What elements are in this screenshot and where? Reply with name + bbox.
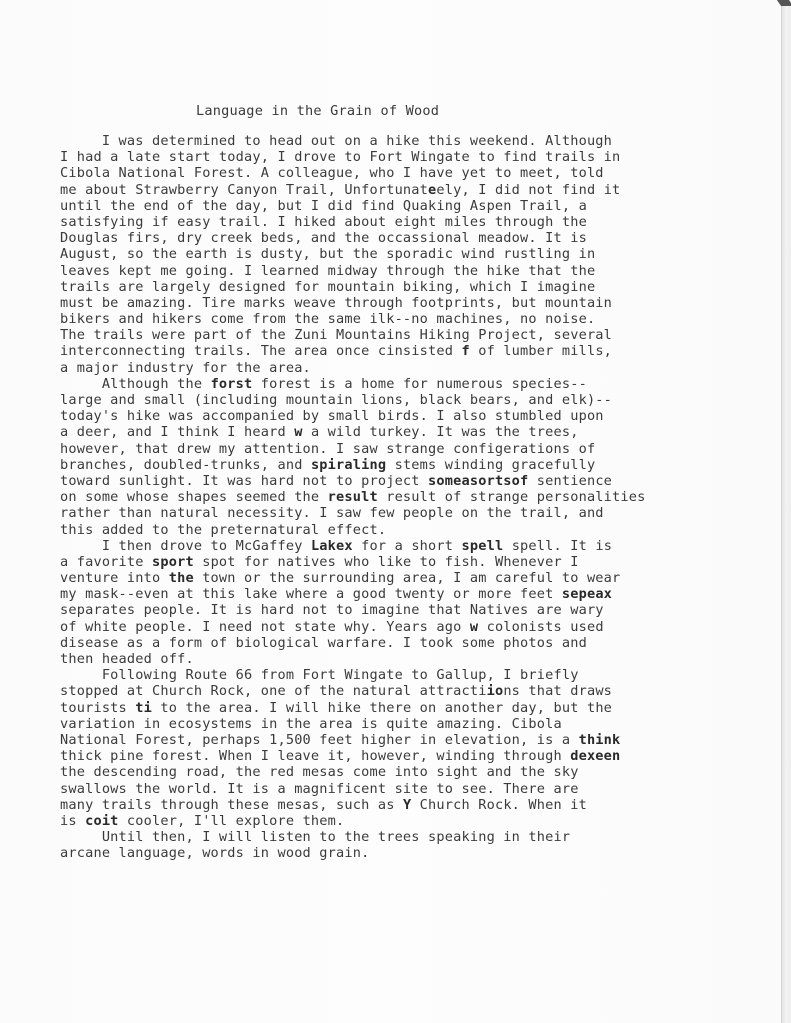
- text-line: I had a late start today, I drove to For…: [60, 149, 760, 165]
- line-text: rather than natural necessity. I saw few…: [60, 505, 604, 521]
- line-text: is: [60, 813, 85, 829]
- strikeover-text: f: [461, 343, 469, 359]
- line-text: variation in ecosystems in the area is q…: [60, 716, 562, 732]
- strikeover-text: dexeen: [570, 748, 620, 764]
- text-line: tourists ti to the area. I will hike the…: [60, 700, 760, 716]
- document-title: Language in the Grain of Wood: [196, 103, 439, 119]
- text-line: I then drove to McGaffey Lakex for a sho…: [60, 538, 760, 554]
- text-line: Although the forst forest is a home for …: [60, 376, 760, 392]
- line-text: however, that drew my attention. I saw s…: [60, 441, 595, 457]
- line-text: sentience: [528, 473, 612, 489]
- text-line: the descending road, the red mesas come …: [60, 764, 760, 780]
- text-line: variation in ecosystems in the area is q…: [60, 716, 760, 732]
- text-line: I was determined to head out on a hike t…: [60, 133, 760, 149]
- text-line: on some whose shapes seemed the result r…: [60, 489, 760, 505]
- strikeover-text: spell: [462, 538, 504, 554]
- line-text: bikers and hikers come from the same ilk…: [60, 311, 595, 327]
- line-text: of lumber mills,: [470, 343, 612, 359]
- text-line: branches, doubled-trunks, and spiraling …: [60, 457, 760, 473]
- line-text: Cibola National Forest. A colleague, who…: [60, 165, 604, 181]
- strikeover-text: forst: [211, 376, 253, 392]
- line-text: stopped at Church Rock, one of the natur…: [60, 683, 487, 699]
- text-line: arcane language, words in wood grain.: [60, 845, 760, 861]
- text-line: thick pine forest. When I leave it, howe…: [60, 748, 760, 764]
- line-text: a deer, and I think I heard: [60, 424, 294, 440]
- line-text: venture into: [60, 570, 169, 586]
- line-text: a wild turkey. It was the trees,: [303, 424, 579, 440]
- line-text: branches, doubled-trunks, and: [60, 457, 311, 473]
- line-text: The trails were part of the Zuni Mountai…: [60, 327, 612, 343]
- line-text: I had a late start today, I drove to For…: [60, 149, 620, 165]
- line-text: I then drove to McGaffey: [60, 538, 311, 554]
- line-text: separates people. It is hard not to imag…: [60, 602, 604, 618]
- text-line: venture into the town or the surrounding…: [60, 570, 760, 586]
- text-line: disease as a form of biological warfare.…: [60, 635, 760, 651]
- strikeover-text: Lakex: [311, 538, 353, 554]
- line-text: swallows the world. It is a magnificent …: [60, 781, 579, 797]
- text-line: however, that drew my attention. I saw s…: [60, 441, 760, 457]
- text-line: separates people. It is hard not to imag…: [60, 602, 760, 618]
- line-text: spot for natives who like to fish. Whene…: [194, 554, 579, 570]
- text-line: a favorite sport spot for natives who li…: [60, 554, 760, 570]
- strikeover-text: w: [470, 619, 478, 635]
- line-text: Following Route 66 from Fort Wingate to …: [60, 667, 579, 683]
- text-line: many trails through these mesas, such as…: [60, 797, 760, 813]
- line-text: must be amazing. Tire marks weave throug…: [60, 295, 612, 311]
- text-line: rather than natural necessity. I saw few…: [60, 505, 760, 521]
- text-line: toward sunlight. It was hard not to proj…: [60, 473, 760, 489]
- line-text: leaves kept me going. I learned midway t…: [60, 263, 595, 279]
- line-text: then headed off.: [60, 651, 194, 667]
- line-text: me about Strawberry Canyon Trail, Unfort…: [60, 182, 428, 198]
- text-line: a deer, and I think I heard w a wild tur…: [60, 424, 760, 440]
- line-text: until the end of the day, but I did find…: [60, 198, 587, 214]
- text-line: of white people. I need not state why. Y…: [60, 619, 760, 635]
- line-text: many trails through these mesas, such as: [60, 797, 403, 813]
- text-line: swallows the world. It is a magnificent …: [60, 781, 760, 797]
- text-line: Cibola National Forest. A colleague, who…: [60, 165, 760, 181]
- line-text: National Forest, perhaps 1,500 feet high…: [60, 732, 579, 748]
- line-text: spell. It is: [503, 538, 612, 554]
- line-text: I was determined to head out on a hike t…: [60, 133, 612, 149]
- text-line: Until then, I will listen to the trees s…: [60, 829, 760, 845]
- line-text: ely, I did not find it: [436, 182, 620, 198]
- text-line: must be amazing. Tire marks weave throug…: [60, 295, 760, 311]
- strikeover-text: result: [328, 489, 378, 505]
- line-text: cooler, I'll explore them.: [119, 813, 345, 829]
- line-text: stems winding gracefully: [386, 457, 595, 473]
- line-text: August, so the earth is dusty, but the s…: [60, 246, 595, 262]
- text-line: is coit cooler, I'll explore them.: [60, 813, 760, 829]
- line-text: trails are largely designed for mountain…: [60, 279, 595, 295]
- strikeover-text: ti: [135, 700, 152, 716]
- text-line: a major industry for the area.: [60, 360, 760, 376]
- line-text: the descending road, the red mesas come …: [60, 764, 579, 780]
- line-text: thick pine forest. When I leave it, howe…: [60, 748, 570, 764]
- line-text: Until then, I will listen to the trees s…: [60, 829, 570, 845]
- line-text: toward sunlight. It was hard not to proj…: [60, 473, 428, 489]
- typewritten-page: Language in the Grain of Wood I was dete…: [0, 0, 781, 1023]
- text-line: August, so the earth is dusty, but the s…: [60, 246, 760, 262]
- line-text: today's hike was accompanied by small bi…: [60, 408, 604, 424]
- line-text: satisfying if easy trail. I hiked about …: [60, 214, 587, 230]
- line-text: Although the: [60, 376, 211, 392]
- page-edge-shadow: [781, 0, 791, 1023]
- line-text: a favorite: [60, 554, 152, 570]
- line-text: a major industry for the area.: [60, 360, 311, 376]
- line-text: for a short: [353, 538, 462, 554]
- text-line: Following Route 66 from Fort Wingate to …: [60, 667, 760, 683]
- text-line: then headed off.: [60, 651, 760, 667]
- line-text: forest is a home for numerous species--: [252, 376, 587, 392]
- line-text: arcane language, words in wood grain.: [60, 845, 369, 861]
- strikeover-text: the: [169, 570, 194, 586]
- line-text: colonists used: [478, 619, 603, 635]
- line-text: ns that draws: [503, 683, 612, 699]
- strikeover-text: spiraling: [311, 457, 386, 473]
- strikeover-text: think: [579, 732, 621, 748]
- text-line: stopped at Church Rock, one of the natur…: [60, 683, 760, 699]
- text-line: The trails were part of the Zuni Mountai…: [60, 327, 760, 343]
- line-text: this added to the preternatural effect.: [60, 522, 386, 538]
- text-line: bikers and hikers come from the same ilk…: [60, 311, 760, 327]
- line-text: tourists: [60, 700, 135, 716]
- text-line: National Forest, perhaps 1,500 feet high…: [60, 732, 760, 748]
- text-line: interconnecting trails. The area once ci…: [60, 343, 760, 359]
- strikeover-text: coit: [85, 813, 118, 829]
- text-line: trails are largely designed for mountain…: [60, 279, 760, 295]
- line-text: result of strange personalities: [378, 489, 646, 505]
- strikeover-text: someasortsof: [428, 473, 528, 489]
- strikeover-text: sport: [152, 554, 194, 570]
- text-line: this added to the preternatural effect.: [60, 522, 760, 538]
- text-line: my mask--even at this lake where a good …: [60, 586, 760, 602]
- strikeover-text: w: [294, 424, 302, 440]
- text-line: leaves kept me going. I learned midway t…: [60, 263, 760, 279]
- line-text: on some whose shapes seemed the: [60, 489, 328, 505]
- document-body: I was determined to head out on a hike t…: [60, 133, 760, 861]
- line-text: Church Rock. When it: [411, 797, 587, 813]
- line-text: my mask--even at this lake where a good …: [60, 586, 562, 602]
- line-text: interconnecting trails. The area once ci…: [60, 343, 461, 359]
- line-text: disease as a form of biological warfare.…: [60, 635, 587, 651]
- text-line: today's hike was accompanied by small bi…: [60, 408, 760, 424]
- text-line: Douglas firs, dry creek beds, and the oc…: [60, 230, 760, 246]
- strikeover-text: io: [487, 683, 504, 699]
- text-line: me about Strawberry Canyon Trail, Unfort…: [60, 182, 760, 198]
- line-text: to the area. I will hike there on anothe…: [152, 700, 612, 716]
- line-text: town or the surrounding area, I am caref…: [194, 570, 621, 586]
- line-text: large and small (including mountain lion…: [60, 392, 612, 408]
- text-line: satisfying if easy trail. I hiked about …: [60, 214, 760, 230]
- strikeover-text: sepeax: [562, 586, 612, 602]
- text-line: large and small (including mountain lion…: [60, 392, 760, 408]
- text-line: until the end of the day, but I did find…: [60, 198, 760, 214]
- line-text: Douglas firs, dry creek beds, and the oc…: [60, 230, 587, 246]
- line-text: of white people. I need not state why. Y…: [60, 619, 470, 635]
